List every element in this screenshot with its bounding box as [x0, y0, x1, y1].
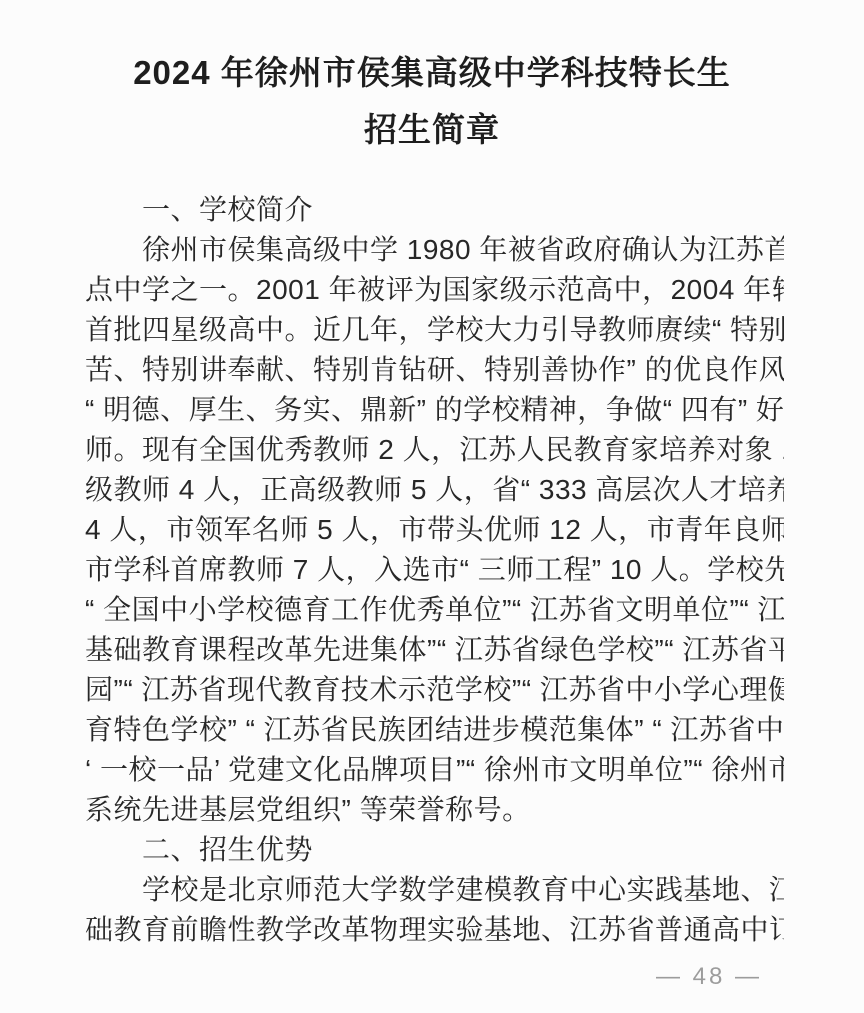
body-line: 园”“ 江苏省现代教育技术示范学校”“ 江苏省中小学心理健康教	[85, 670, 784, 710]
document-page: 2024 年徐州市侯集高级中学科技特长生 招生简章 一、学校简介徐州市侯集高级中…	[0, 0, 864, 1013]
body-line: “ 明德、厚生、务实、鼎新” 的学校精神，争做“ 四有” 好教	[85, 390, 784, 430]
page-number: — 48 —	[656, 963, 762, 991]
document-title: 2024 年徐州市侯集高级中学科技特长生 招生简章	[0, 0, 864, 158]
body-line: 学校是北京师范大学数学建模教育中心实践基地、江苏省基	[85, 870, 784, 910]
body-line: 师。现有全国优秀教师 2 人，江苏人民教育家培养对象 1 人，特	[85, 430, 784, 470]
body-line: 徐州市侯集高级中学 1980 年被省政府确认为江苏首批重	[85, 230, 784, 270]
body-line: 一、学校简介	[85, 190, 784, 230]
body-line: 苦、特别讲奉献、特别肯钻研、特别善协作” 的优良作风，发扬	[85, 350, 784, 390]
document-body: 一、学校简介徐州市侯集高级中学 1980 年被省政府确认为江苏首批重点中学之一。…	[85, 190, 784, 950]
body-line: 级教师 4 人，正高级教师 5 人，省“ 333 高层次人才培养工程”	[85, 470, 784, 510]
body-line: 基础教育课程改革先进集体”“ 江苏省绿色学校”“ 江苏省平安校	[85, 630, 784, 670]
body-line: 系统先进基层党组织” 等荣誉称号。	[85, 790, 784, 830]
body-line: 点中学之一。2001 年被评为国家级示范高中，2004 年转评为省	[85, 270, 784, 310]
body-line: 市学科首席教师 7 人，入选市“ 三师工程” 10 人。学校先后获得	[85, 550, 784, 590]
body-line: 础教育前瞻性教学改革物理实验基地、江苏省普通高中订制式生	[85, 910, 784, 950]
body-line: 4 人，市领军名师 5 人，市带头优师 12 人，市青年良师 19 人，	[85, 510, 784, 550]
body-line: 首批四星级高中。近几年，学校大力引导教师赓续“ 特别能吃	[85, 310, 784, 350]
body-line: “ 全国中小学校德育工作优秀单位”“ 江苏省文明单位”“ 江苏省	[85, 590, 784, 630]
body-line: ‘ 一校一品’ 党建文化品牌项目”“ 徐州市文明单位”“ 徐州市教育	[85, 750, 784, 790]
document-title-line-2: 招生简章	[0, 101, 864, 158]
document-title-line-1: 2024 年徐州市侯集高级中学科技特长生	[0, 44, 864, 101]
body-line: 育特色学校” “ 江苏省民族团结进步模范集体” “ 江苏省中小学	[85, 710, 784, 750]
body-line: 二、招生优势	[85, 830, 784, 870]
